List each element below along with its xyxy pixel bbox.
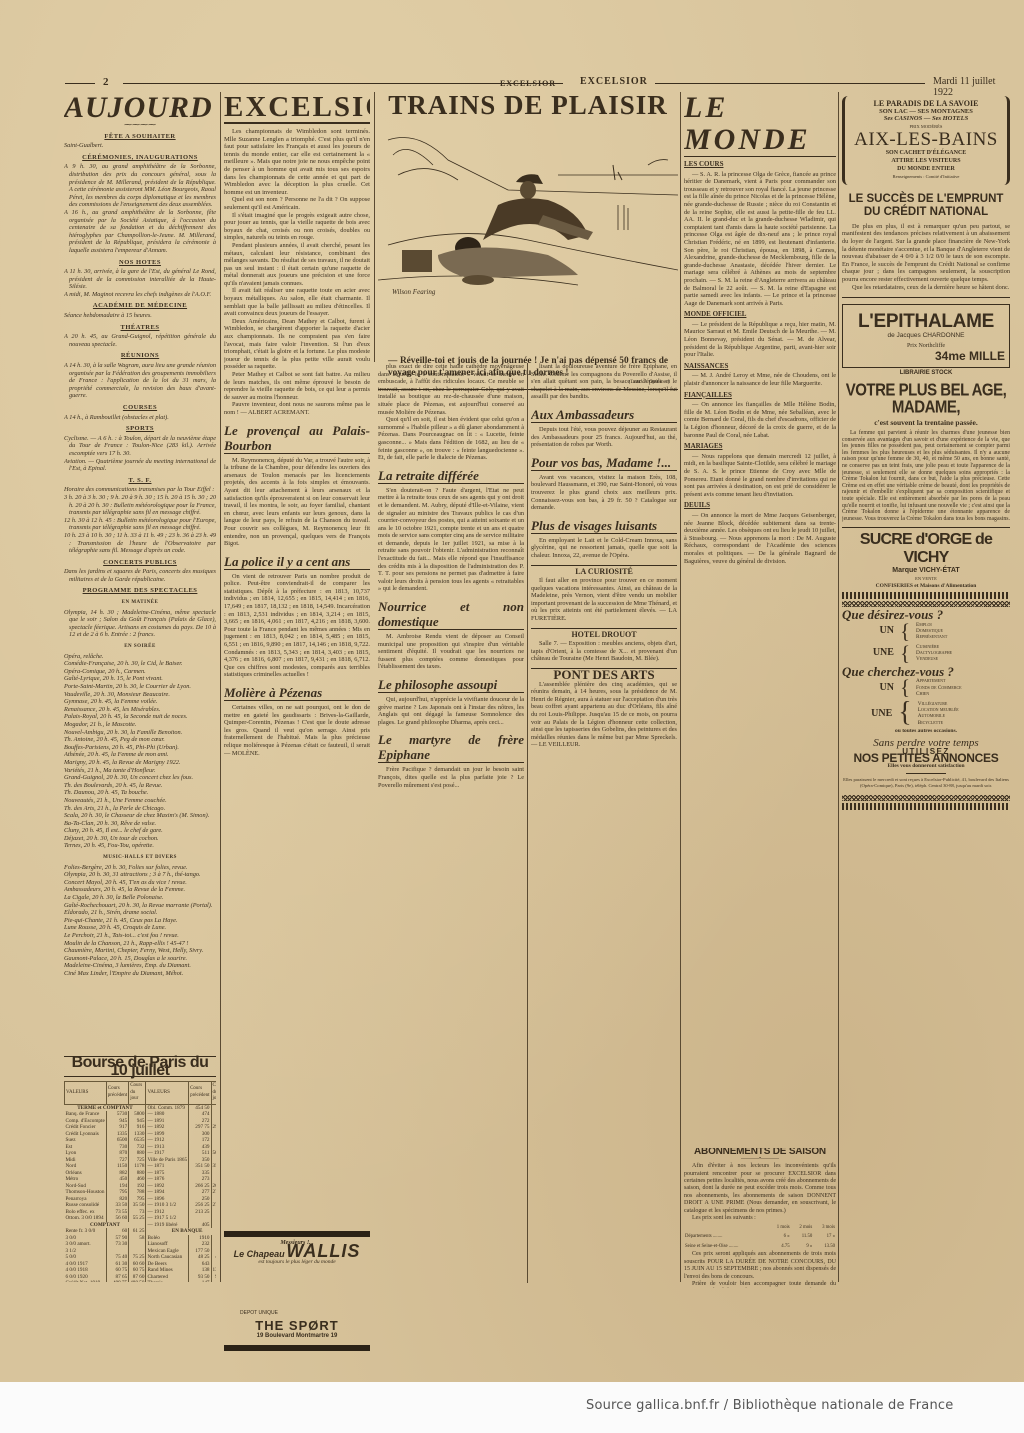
vichy-sale: EN VENTE	[842, 575, 1010, 583]
listing-item: Olympia, 14 h. 30 ; Madeleine-Cinéma, mê…	[64, 609, 216, 639]
listing-item: A 11 h. 30, arrivée, à la gare de l'Est,…	[64, 268, 216, 291]
middle-right-articles: Aux AmbassadeursDepuis tout l'été, vous …	[531, 407, 677, 749]
wallis-depot: DÉPOT UNIQUE THE SPØRT 19 Boulevard Mont…	[224, 1310, 370, 1380]
annonce-items: EmploiDomestiqueReprésentant	[916, 622, 986, 641]
listing-item: Dans les jardins et squares de Paris, co…	[64, 568, 216, 583]
annonce-items: VillégiatureLocation meubléeAutomobileBi…	[918, 701, 988, 727]
annonce-item: Représentant	[916, 634, 986, 640]
section-heading: NOS HOTES	[64, 259, 216, 267]
listing-item: Cyclisme. — A 6 h. : à Toulon, départ de…	[64, 435, 216, 458]
abonnements-prices-intro: Les prix sont les suivants :	[684, 1215, 836, 1223]
aix-line5: SON CACHET D'ÉLÉGANCE	[849, 150, 1003, 158]
brace-icon: {	[900, 621, 910, 642]
section-heading: ACADÉMIE DE MÉDECINE	[64, 302, 216, 310]
vichy-ad: SUCRE d'ORGE de VICHY Marque VICHY-ÉTAT …	[842, 527, 1010, 590]
listing-item: Eldorado, 21 h., Sirén, drame social.	[64, 909, 216, 917]
article-title: Le provençal au Palais-Bourbon	[224, 423, 370, 454]
paragraph: lisant la douloureuse aventure de frère …	[531, 363, 677, 401]
listing-item: Gaîté-Lyrique, 20 h. 15, le Pont vivant.	[64, 675, 216, 683]
price-cell: 142	[211, 1280, 216, 1282]
epithalame-publisher: LIBRAIRIE STOCK	[842, 370, 1010, 378]
section-text: — On annonce la mort de Mme Jacques Geis…	[684, 512, 836, 565]
page-number: 2	[103, 76, 109, 88]
section-heading: DEUILS	[684, 502, 836, 510]
annonce-items: AppartementFonds de CommerceChien	[916, 678, 986, 697]
listing-item: Mogador, 21 h., le Mascotte.	[64, 721, 216, 729]
column-header: VALEURS	[146, 1082, 189, 1105]
paragraph: Pendant plusieurs années, il avait cherc…	[224, 242, 370, 288]
article-text: Frère Pacifique ? demandait un jour le b…	[378, 766, 524, 789]
price-value: 4.75	[768, 1242, 791, 1252]
excelsior-title: EXCELSIOR	[224, 92, 370, 124]
annonce-group: UNE{VillégiatureLocation meubléeAutomobi…	[842, 699, 1010, 727]
annonce-item: Vendeuse	[916, 656, 986, 662]
listing-item: EN MATINÉE	[64, 599, 216, 607]
ad-bar	[224, 1345, 370, 1351]
listing-item: 12 h. 30 à 12 h. 45 : Bulletin météorolo…	[64, 517, 216, 532]
section-heading: THÉATRES	[64, 324, 216, 332]
section-heading: NAISSANCES	[684, 363, 836, 371]
annonces-footer: Elles paraissent le mercredi et sont reç…	[842, 777, 1010, 788]
price-cell: 456	[211, 1104, 216, 1111]
annonce-article: UN	[866, 627, 894, 635]
article-title: Plus de visages luisants	[531, 518, 677, 534]
price-value: 13.50	[813, 1242, 836, 1252]
price-cell: 488 50	[129, 1280, 146, 1282]
security-name: North Caucasian	[146, 1254, 189, 1261]
source-credit: Source gallica.bnf.fr / Bibliothèque nat…	[586, 1398, 953, 1413]
listing-item: Horaire des communications transmises pa…	[64, 486, 216, 494]
aujourdhui-column: AUJOURD'HUI ⁓⁓⁓⁓ FÊTE A SOUHAITERSaint-G…	[64, 92, 216, 1042]
listing-item: 10 h. 23 à 10 h. 30 ; 11 h. 33 à 11 h. 4…	[64, 532, 216, 555]
listing-item: Déjazet, 20 h. 30, Un tour de cochon.	[64, 835, 216, 843]
article-text: Qui, aujourd'hui, n'apprécie la vivifian…	[378, 696, 524, 726]
aix-line3: Ses CASINOS — Ses HOTELS	[849, 115, 1003, 123]
article-title: Pour vos bas, Madame !...	[531, 455, 677, 471]
credit-national-text: De plus en plus, il est à remarquer qu'u…	[842, 223, 1010, 284]
newspaper-page: 2 EXCELSIOR Mardi 11 juillet 1922 AUJOUR…	[0, 0, 1024, 1382]
le-monde-column: LE MONDE LES COURS— S. A. R. la princess…	[684, 92, 836, 1142]
middle-right-column: lisant la douloureuse aventure de frère …	[531, 363, 677, 1383]
aujourdhui-sections: FÊTE A SOUHAITERSaint-Gualbert.CÉRÉMONIE…	[64, 133, 216, 978]
article-text: Salle 7. — Exposition : meubles anciens,…	[531, 640, 677, 663]
brace-icon: {	[898, 699, 911, 727]
rule	[906, 773, 946, 774]
petites-annonces-ad: Que désirez-vous ? UN{EmploiDomestiqueRe…	[842, 611, 1010, 809]
listing-item: Opéra, relâche.	[64, 653, 216, 661]
wallis-prefix: Le Chapeau	[234, 1249, 285, 1259]
security-name: Ottom. 3 0/0 1894	[65, 1215, 107, 1222]
article-text: Il faut aller en province pour trouver e…	[531, 577, 677, 623]
annonce-article: UNE	[866, 649, 894, 657]
paragraph: Il s'était imaginé que le progrès exigea…	[224, 212, 370, 242]
paragraph: Deux Américains, Dean Mathey et Calbot, …	[224, 318, 370, 371]
wallis-brand-line: Le Chapeau WALLIS	[224, 1248, 370, 1260]
listing-item: Madeleine-Cinéma, 3 lumières, Emp. du Di…	[64, 962, 216, 970]
table-row: Rente fr. 3 0/06061 25EN BANQUE	[65, 1228, 217, 1235]
column-rule	[374, 92, 375, 362]
trains-de-plaisir: EXCELSIOR TRAINS DE PLAISIR	[378, 80, 678, 350]
column-rule	[680, 92, 681, 1282]
article-text: Certaines villes, on ne sait pourquoi, o…	[224, 704, 370, 757]
listing-item: Th. Daunou, 20 h. 45, Ta bouche.	[64, 789, 216, 797]
table-row: TERME et COMPTANTObl. Comm. 1879454 5045…	[65, 1104, 217, 1111]
aix-line7: DU MONDE ENTIER	[849, 166, 1003, 174]
header-rule	[65, 83, 95, 84]
listing-item: Aviation. — Quatrième journée du meeting…	[64, 458, 216, 473]
trains-brand: EXCELSIOR	[378, 80, 678, 90]
listing-item: La Cigale, 20 h. 30, la Belle Polonaise.	[64, 894, 216, 902]
price-label: Départements ........	[684, 1232, 768, 1242]
listing-item: Pie-qui-Chante, 21 h. 45, Ceux pas La Ha…	[64, 917, 216, 925]
abonnements-note: Prière de vouloir bien accompagner toute…	[684, 1281, 836, 1288]
wallis-brand: WALLIS	[286, 1241, 360, 1261]
listing-item: Séance hebdomadaire à 15 heures.	[64, 312, 216, 320]
tokalon-title-2: MADAME,	[842, 398, 1010, 418]
vichy-title: SUCRE d'ORGE de VICHY	[842, 531, 1010, 567]
price-value: 6 »	[768, 1232, 791, 1242]
epithalame-author: de Jacques CHARDONNE	[847, 332, 1005, 340]
aix-name: AIX-LES-BAINS	[849, 130, 1003, 150]
listing-item: Th. des Arts, 21 h., la Perle de Chicago…	[64, 805, 216, 813]
decorative-border	[842, 803, 1010, 810]
listing-item: Lune Rousse, 20 h. 45, Croquis de Lune.	[64, 924, 216, 932]
aix-line2: SON LAC — SES MONTAGNES	[849, 108, 1003, 116]
excelsior-column: EXCELSIOR Les championnats de Wimbledon …	[224, 92, 370, 1227]
column-header: Cours précédent	[106, 1082, 128, 1105]
article-title: PONT DES ARTS	[531, 668, 677, 679]
annonce-group: UN{AppartementFonds de CommerceChien	[842, 677, 1010, 698]
price-row: Départements ........6 »11.5017 »	[684, 1232, 836, 1242]
middle-left-column: plus exact de dire cette haute cathèdre …	[378, 363, 524, 1383]
column-header: Cours précédent	[189, 1082, 211, 1105]
listing-item: Variétés, 21 h., Ma tante d'Honfleur.	[64, 767, 216, 775]
listing-item: A 20 h. 45, au Grand-Guignol, répétition…	[64, 333, 216, 348]
listing-item: Le Perchoir, 21 h., Tais-toi... c'est fo…	[64, 932, 216, 940]
paragraph: Quoi qu'il en soit, il est bien évident …	[378, 416, 524, 462]
listing-item: Nouvel-Ambigu, 20 h. 30, la Famille Beno…	[64, 729, 216, 737]
article-title: Nourrice et non domestique	[378, 599, 524, 630]
listing-item: A 14 h. 30, à la salle Wagram, aura lieu…	[64, 362, 216, 400]
price-row: Seine et Seine-et-Oise ........4.759 »13…	[684, 1242, 836, 1252]
wallis-ad: Messieurs !... Le Chapeau WALLIS est tou…	[224, 1228, 370, 1284]
listing-item: Ternes, 20 h. 45, Fou-Tou, opérette.	[64, 842, 216, 850]
listing-item: Chaumière, Martini, Chepier, Ferny, West…	[64, 947, 216, 955]
aix-les-bains-ad: LE PARADIS DE LA SAVOIE SON LAC — SES MO…	[842, 96, 1010, 185]
column-header: Cours du jour	[211, 1082, 216, 1105]
cartoon-illustration: Wilson Fearing	[378, 120, 678, 355]
security-name: Tharsis	[146, 1280, 189, 1282]
article-title: Le martyre de frère Epiphane	[378, 732, 524, 763]
annonce-group: UN{EmploiDomestiqueReprésentant	[842, 621, 1010, 642]
article-text: M. Reymonencq, député du Var, a trouvé l…	[224, 457, 370, 548]
listing-item: Grand-Guignol, 20 h. 30, Un concert chez…	[64, 774, 216, 782]
epithalame-ad: L'EPITHALAME de Jacques CHARDONNE Prix N…	[842, 304, 1010, 368]
price-cell: 488 75	[106, 1280, 128, 1282]
price-header: 2 mois	[791, 1223, 814, 1233]
brace-icon: {	[900, 643, 910, 664]
section-heading: SPORTS	[64, 425, 216, 433]
credit-national-closing: Que les retardataires, ceux de la derniè…	[842, 284, 1010, 292]
listing-item: Saint-Gualbert.	[64, 142, 216, 150]
tokalon-text: La femme qui parvient à réunir les charm…	[842, 430, 1010, 522]
security-name: Obl. Comm. 1879	[146, 1104, 189, 1111]
le-monde-sections: LES COURS— S. A. R. la princesse Olga de…	[684, 161, 836, 565]
brace-icon: {	[900, 677, 910, 698]
annonces-other: ou toutes autres occasions.	[842, 728, 1010, 736]
wallis-shop: THE SPØRT	[224, 1318, 370, 1333]
epithalame-title: L'EPITHALAME	[847, 311, 1005, 332]
annonce-article: UN	[866, 684, 894, 692]
beach-couple-illustration: Wilson Fearing	[378, 120, 678, 300]
excelsior-articles: Le provençal au Palais-BourbonM. Reymone…	[224, 423, 370, 758]
abonnements-text: Afin d'éviter à nos lecteurs les inconvé…	[684, 1163, 836, 1215]
aix-line6: ATTIRE LES VISITEURS	[849, 158, 1003, 166]
credit-national-title: LE SUCCÈS DE L'EMPRUNT DU CRÉDIT NATIONA…	[842, 193, 1010, 219]
listing-item: Renaissance, 20 h. 45, les Misérables.	[64, 706, 216, 714]
article-title: La retraite différée	[378, 468, 524, 484]
trains-title: TRAINS DE PLAISIR	[378, 90, 678, 120]
paragraph: Quel est son nom ? Personne ne l'a dit ?…	[224, 196, 370, 211]
section-heading: FIANÇAILLES	[684, 392, 836, 400]
annonce-items: CuisinièreDactylographeVendeuse	[916, 644, 986, 663]
article-text: On vient de retrouver Paris un nombre pr…	[224, 573, 370, 679]
listing-item: A midi, M. Maginot recevra les chefs ind…	[64, 291, 216, 299]
section-text: — Le président de la République a reçu, …	[684, 321, 836, 359]
listing-item: Palais-Royal, 20 h. 45, la Seconde nuit …	[64, 713, 216, 721]
listing-item: Porte-Saint-Martin, 20 h. 30, le Courrie…	[64, 683, 216, 691]
column-header: VALEURS	[65, 1082, 107, 1105]
bourse-table: VALEURSCours précédentCours du jourVALEU…	[64, 1081, 216, 1282]
column-header: Cours du jour	[129, 1082, 146, 1105]
wallis-depot-label: DÉPOT UNIQUE	[240, 1310, 370, 1318]
section-text: — On annonce les fiançailles de Mlle Hél…	[684, 401, 836, 439]
listing-item: Cluny, 20 h. 45, Il est... le chef de ga…	[64, 827, 216, 835]
listing-item: Th. des Boulevards, 20 h. 45, la Revue.	[64, 782, 216, 790]
listing-item: A 16 h., au grand amphithéâtre de la Sor…	[64, 209, 216, 255]
middle-left-paragraphs: plus exact de dire cette haute cathèdre …	[378, 363, 524, 462]
article-title: HOTEL DROUOT	[531, 628, 677, 639]
annonces-options-2: UN{AppartementFonds de CommerceChienUNE{…	[842, 677, 1010, 727]
article-text: S'en douterait-on ? Faute d'argent, l'Et…	[378, 487, 524, 593]
listing-item: EN SOIRÉE	[64, 643, 216, 651]
listing-item: Gymnase, 20 h. 45, la Femme voilée.	[64, 698, 216, 706]
article-title: Molière à Pézenas	[224, 685, 370, 701]
ads-column: LE PARADIS DE LA SAVOIE SON LAC — SES MO…	[842, 96, 1010, 1286]
article-text: Depuis tout l'été, vous pouvez déjeuner …	[531, 426, 677, 449]
article-text: En employant le Lait et le Cold-Cream In…	[531, 537, 677, 560]
table-group-header: TERME et COMPTANT	[65, 1104, 146, 1111]
wallis-address: 19 Boulevard Montmartre 19	[224, 1333, 370, 1341]
listing-item: MUSIC-HALLS ET DIVERS	[64, 854, 216, 862]
annonce-group: UNE{CuisinièreDactylographeVendeuse	[842, 643, 1010, 664]
price-value: 17 »	[813, 1232, 836, 1242]
vichy-brand: Marque VICHY-ÉTAT	[842, 567, 1010, 575]
section-heading: COURSES	[64, 404, 216, 412]
section-heading: MONDE OFFICIEL	[684, 311, 836, 319]
vichy-where: CONFISERIES et Maisons d'Alimentation	[842, 583, 1010, 591]
listing-item: Gaumont-Palace, 20 h. 15, Douglas a le s…	[64, 955, 216, 963]
paragraph: plus exact de dire cette haute cathèdre …	[378, 363, 524, 416]
section-text: — S. A. R. la princesse Olga de Grèce, f…	[684, 171, 836, 308]
column-rule	[220, 92, 221, 1282]
listing-item: Th. Antoine, 20 h. 45, Peg de mon cœur.	[64, 736, 216, 744]
section-text: — Nous rappelons que demain mercredi 12 …	[684, 453, 836, 499]
aix-line1: LE PARADIS DE LA SAVOIE	[849, 100, 1003, 108]
aix-line8: Renseignements : Comité d'Initiative	[849, 173, 1003, 181]
section-heading: CONCERTS PUBLICS	[64, 559, 216, 567]
middle-right-paragraphs: lisant la douloureuse aventure de frère …	[531, 363, 677, 401]
abonnements-price-table: 1 mois2 mois3 mois Départements ........…	[684, 1223, 836, 1252]
price-header: 1 mois	[768, 1223, 791, 1233]
annonces-question-1: Que désirez-vous ?	[842, 611, 1010, 619]
bourse-title: Bourse de Paris du 10 juillet	[64, 1056, 216, 1077]
column-rule	[838, 92, 839, 1282]
bourse-section: Bourse de Paris du 10 juillet VALEURSCou…	[64, 1052, 216, 1282]
listing-item: Athénée, 20 h. 45, la Femme de mon ami.	[64, 751, 216, 759]
tokalon-subtitle: c'est souvent la trentaine passée.	[842, 419, 1010, 427]
listing-item: Scala, 20 h. 30, le Chasseur de chez Max…	[64, 812, 216, 820]
price-cell: 147	[189, 1280, 211, 1282]
paragraph: Peter Mathey et Calbot se sont fait batt…	[224, 371, 370, 401]
price-value: 9 »	[791, 1242, 814, 1252]
listing-item: Folies-Bergère, 20 h. 30, Folies sur fol…	[64, 864, 216, 872]
price-cell: 454 50	[189, 1104, 211, 1111]
listing-item: Marigny, 20 h. 45, la Revue de Marigny 1…	[64, 759, 216, 767]
header-rule	[655, 83, 925, 84]
listing-item: Vaudeville, 20 h. 30, Monsieur Beaucaire…	[64, 691, 216, 699]
listing-item: Gaîté-Rochechouart, 20 h. 30, la Revue m…	[64, 902, 216, 910]
annonces-headline: NOS PETITES ANNONCES	[842, 755, 1010, 763]
paragraph: Les championnats de Wimbledon sont termi…	[224, 128, 370, 196]
price-label: Seine et Seine-et-Oise ........	[684, 1242, 768, 1252]
paragraph: Pauvre inventeur, dont nous ne saurons m…	[224, 401, 370, 416]
annonce-item: Chien	[916, 691, 986, 697]
middle-left-articles: La retraite différéeS'en douterait-on ? …	[378, 468, 524, 789]
article-title: Aux Ambassadeurs	[531, 407, 677, 423]
section-heading: FÊTE A SOUHAITER	[64, 133, 216, 141]
listing-item: Ba-Ta-Clan, 20 h. 30, Rêve de valse.	[64, 820, 216, 828]
article-title: LA CURIOSITÉ	[531, 565, 677, 576]
decorative-border	[842, 795, 1010, 801]
article-title: Le philosophe assoupi	[378, 677, 524, 693]
header-date: Mardi 11 juillet 1922	[933, 76, 1006, 98]
security-name: Crédit Nat. 1919	[65, 1280, 107, 1282]
listing-item: Moulin de la Chanson, 21 h., Rapp-ellis …	[64, 940, 216, 948]
section-heading: T. S. F.	[64, 477, 216, 485]
security-name: Thomson-Houston	[65, 1189, 107, 1196]
section-rule	[842, 297, 1010, 298]
annonce-item: Bicyclette	[918, 720, 988, 726]
listing-item: A 14 h., à Rambouillet (obstacles et pla…	[64, 414, 216, 422]
section-heading: LES COURS	[684, 161, 836, 169]
le-monde-title: LE MONDE	[684, 92, 836, 157]
listing-item: Concert Mayol, 20 h. 45, T'en as du vice…	[64, 879, 216, 887]
section-text: — M. J. André Leroy et Mme, née de Choud…	[684, 372, 836, 387]
annonces-question-2: Que cherchez-vous ?	[842, 668, 1010, 676]
epithalame-edition: 34me MILLE	[847, 353, 1005, 361]
section-heading: CÉRÉMONIES, INAUGURATIONS	[64, 154, 216, 162]
section-heading: RÉUNIONS	[64, 352, 216, 360]
paragraph: Il avait fait réaliser une raquette tout…	[224, 287, 370, 317]
annonces-options-1: UN{EmploiDomestiqueReprésentantUNE{Cuisi…	[842, 621, 1010, 664]
section-heading: MARIAGES	[684, 443, 836, 451]
listing-item: Olympia, 20 h. 30, 31 attractions ; 3 à …	[64, 871, 216, 879]
table-row: Crédit Nat. 1919488 75488 50Tharsis14714…	[65, 1280, 217, 1282]
ad-bar	[224, 1231, 370, 1237]
listing-item: Ciné Max Linder, l'Empire du Diamant, Mé…	[64, 970, 216, 978]
listing-item: A 9 h. 30, au grand amphithéâtre de la S…	[64, 163, 216, 209]
abonnements-section: ABONNEMENTS DE SAISON ———•——— Afin d'évi…	[684, 1148, 836, 1288]
article-text: Avant vos vacances, visitez la maison Er…	[531, 474, 677, 512]
listing-item: Nouveautés, 21 h., Une Femme couchée.	[64, 797, 216, 805]
listing-item: Opéra-Comique, 20 h., Carmen.	[64, 668, 216, 676]
section-heading: PROGRAMME DES SPECTACLES	[64, 587, 216, 595]
abonnements-title: ABONNEMENTS DE SAISON	[684, 1148, 836, 1156]
article-text: M. Ambroise Rendu vient de déposer au Co…	[378, 633, 524, 671]
price-value: 11.50	[791, 1232, 814, 1242]
article-title: La police il y a cent ans	[224, 554, 370, 570]
annonce-article: UNE	[864, 710, 892, 718]
abonnements-conditions: Ces prix seront appliqués aux abonnement…	[684, 1251, 836, 1281]
column-rule	[527, 363, 528, 1283]
listing-item: 3 h. 20 à 3 h. 30 ; 9 h. 20 à 9 h. 30 ; …	[64, 494, 216, 517]
listing-item: Bouffes-Parisiens, 20 h. 45, Phi-Phi (Ur…	[64, 744, 216, 752]
artist-signature: Wilson Fearing	[392, 288, 436, 296]
decorative-border	[842, 592, 1010, 599]
price-header: 3 mois	[813, 1223, 836, 1233]
listing-item: Ambassadeurs, 20 h. 45, la Revue de la F…	[64, 886, 216, 894]
excelsior-editorial: Les championnats de Wimbledon sont termi…	[224, 128, 370, 417]
listing-item: Comédie-Française, 20 h. 30, le Cid, le …	[64, 660, 216, 668]
article-text: L'assemblée plénière des cinq académies,…	[531, 681, 677, 749]
